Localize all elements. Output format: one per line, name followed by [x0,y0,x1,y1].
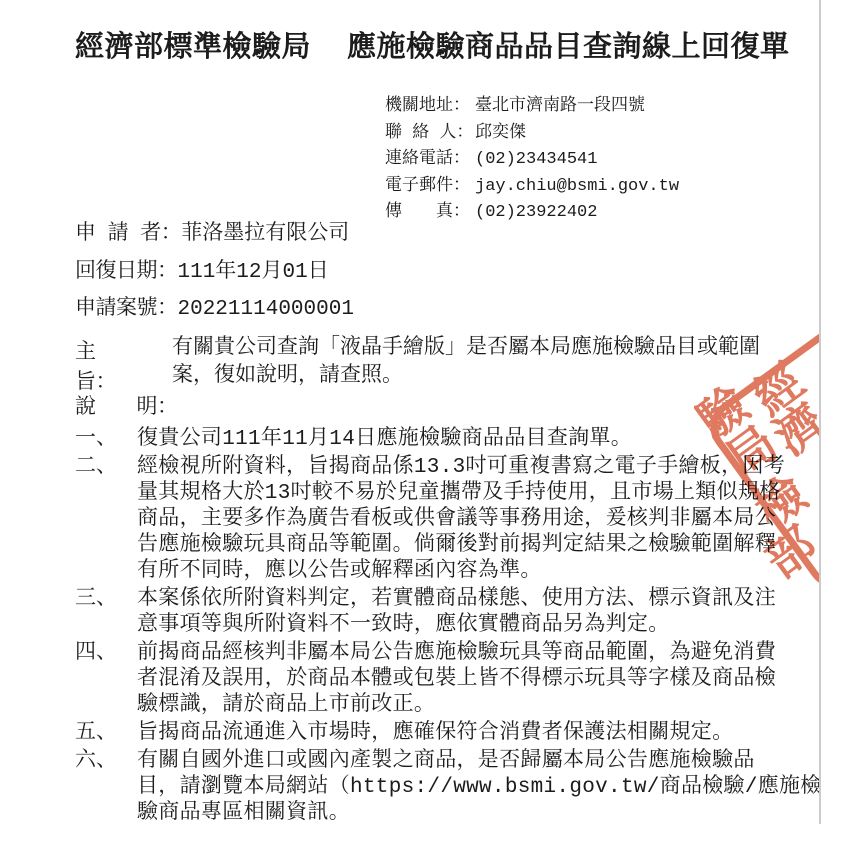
item-line: 者混淆及誤用，於商品本體或包裝上皆不得標示玩具等字樣及商品檢 [137,667,776,693]
contact-label: 聯 絡 人： [385,121,475,148]
application-fields: 申 請 者： 菲洛墨拉有限公司 回復日期： 111年12月01日 申請案號： 2… [75,222,354,335]
contact-value: 臺北市濟南路一段四號 [475,97,645,116]
field-value: 111年12月01日 [178,260,329,286]
title-org: 經濟部標準檢驗局 [75,24,311,65]
page-title: 經濟部標準檢驗局 應施檢驗商品品目查詢線上回復單 [75,24,790,65]
item-line: 經檢視所附資料，旨揭商品係13.3吋可重複書寫之電子手繪板，因考 [137,455,785,481]
subject-line: 案，復如說明，請查照。 [172,363,760,391]
field-reply-date: 回復日期： 111年12月01日 [75,260,354,286]
contact-label: 電子郵件： [385,174,475,201]
explanation-label: 說 明： [75,390,178,420]
title-doc: 應施檢驗商品品目查詢線上回復單 [347,24,790,65]
item-line: 有關自國外進口或國內產製之商品，是否歸屬本局公告應施檢驗品 [137,749,822,775]
item-number: 一、 [75,427,137,453]
field-label: 回復日期： [75,260,178,286]
contact-row-phone: 連絡電話：(02)23434541 [385,147,679,174]
item-line: 本案係依所附資料判定，若實體商品樣態、使用方法、標示資訊及注 [137,587,776,613]
field-applicant: 申 請 者： 菲洛墨拉有限公司 [75,222,354,248]
item-text: 前揭商品經核判非屬本局公告應施檢驗玩具等商品範圍，為避免消費 者混淆及誤用，於商… [137,641,776,719]
page-edge-line [819,0,821,824]
list-item-1: 一、 復貴公司111年11月14日應施檢驗商品品目查詢單。 [75,427,822,453]
contact-label: 傳 真： [385,200,475,227]
subject-line: 有關貴公司查詢「液晶手繪版」是否屬本局應施檢驗品目或範圍 [172,335,760,363]
item-text: 本案係依所附資料判定，若實體商品樣態、使用方法、標示資訊及注 意事項等與所附資料… [137,587,776,639]
item-text: 復貴公司111年11月14日應施檢驗商品品目查詢單。 [137,427,632,453]
subject-label: 主 旨： [75,335,172,395]
item-line: 目，請瀏覽本局網站（https://www.bsmi.gov.tw/商品檢驗/應… [137,775,822,801]
document-page: { "title": { "org": "經濟部標準檢驗局", "doc": "… [0,0,851,850]
item-line: 驗標識，請於商品上市前改正。 [137,693,776,719]
item-number: 五、 [75,721,137,747]
item-text: 經檢視所附資料，旨揭商品係13.3吋可重複書寫之電子手繪板，因考 量其規格大於1… [137,455,785,585]
contact-block: 機關地址：臺北市濟南路一段四號 聯 絡 人：邱奕傑 連絡電話：(02)23434… [385,94,679,227]
field-value: 菲洛墨拉有限公司 [181,222,349,248]
explanation-items: 一、 復貴公司111年11月14日應施檢驗商品品目查詢單。 二、 經檢視所附資料… [75,427,822,829]
item-line: 有所不同時，應以公告或解釋函內容為準。 [137,559,785,585]
contact-row-person: 聯 絡 人：邱奕傑 [385,121,679,148]
contact-value: (02)23922402 [475,203,597,222]
item-number: 三、 [75,587,137,639]
item-line: 前揭商品經核判非屬本局公告應施檢驗玩具等商品範圍，為避免消費 [137,641,776,667]
item-line: 意事項等與所附資料不一致時，應依實體商品另為判定。 [137,613,776,639]
item-line: 告應施檢驗玩具商品等範圍。倘爾後對前揭判定結果之檢驗範圍解釋 [137,533,785,559]
item-text: 有關自國外進口或國內產製之商品，是否歸屬本局公告應施檢驗品 目，請瀏覽本局網站（… [137,749,822,827]
item-line: 旨揭商品流通進入市場時，應確保符合消費者保護法相關規定。 [137,721,733,747]
contact-row-email: 電子郵件：jay.chiu@bsmi.gov.tw [385,174,679,201]
list-item-4: 四、 前揭商品經核判非屬本局公告應施檢驗玩具等商品範圍，為避免消費 者混淆及誤用… [75,641,822,719]
field-value: 20221114000001 [178,297,354,323]
list-item-5: 五、 旨揭商品流通進入市場時，應確保符合消費者保護法相關規定。 [75,721,822,747]
subject-text: 有關貴公司查詢「液晶手繪版」是否屬本局應施檢驗品目或範圍 案，復如說明，請查照。 [172,335,760,395]
item-number: 二、 [75,455,137,585]
contact-value: jay.chiu@bsmi.gov.tw [475,177,679,196]
field-case-number: 申請案號： 20221114000001 [75,297,354,323]
contact-value: 邱奕傑 [475,124,526,143]
field-label: 申 請 者： [75,222,181,248]
subject-section: 主 旨： 有關貴公司查詢「液晶手繪版」是否屬本局應施檢驗品目或範圍 案，復如說明… [75,335,760,395]
contact-row-fax: 傳 真：(02)23922402 [385,200,679,227]
item-line: 量其規格大於13吋較不易於兒童攜帶及手持使用，且市場上類似規格 [137,481,785,507]
item-number: 六、 [75,749,137,827]
item-text: 旨揭商品流通進入市場時，應確保符合消費者保護法相關規定。 [137,721,733,747]
list-item-6: 六、 有關自國外進口或國內產製之商品，是否歸屬本局公告應施檢驗品 目，請瀏覽本局… [75,749,822,827]
item-number: 四、 [75,641,137,719]
list-item-3: 三、 本案係依所附資料判定，若實體商品樣態、使用方法、標示資訊及注 意事項等與所… [75,587,822,639]
list-item-2: 二、 經檢視所附資料，旨揭商品係13.3吋可重複書寫之電子手繪板，因考 量其規格… [75,455,822,585]
item-line: 驗商品專區相關資訊。 [137,801,822,827]
contact-value: (02)23434541 [475,150,597,169]
contact-row-address: 機關地址：臺北市濟南路一段四號 [385,94,679,121]
item-line: 復貴公司111年11月14日應施檢驗商品品目查詢單。 [137,427,632,453]
contact-label: 連絡電話： [385,147,475,174]
contact-label: 機關地址： [385,94,475,121]
item-line: 商品，主要多作為廣告看板或供會議等事務用途，爰核判非屬本局公 [137,507,785,533]
field-label: 申請案號： [75,297,178,323]
